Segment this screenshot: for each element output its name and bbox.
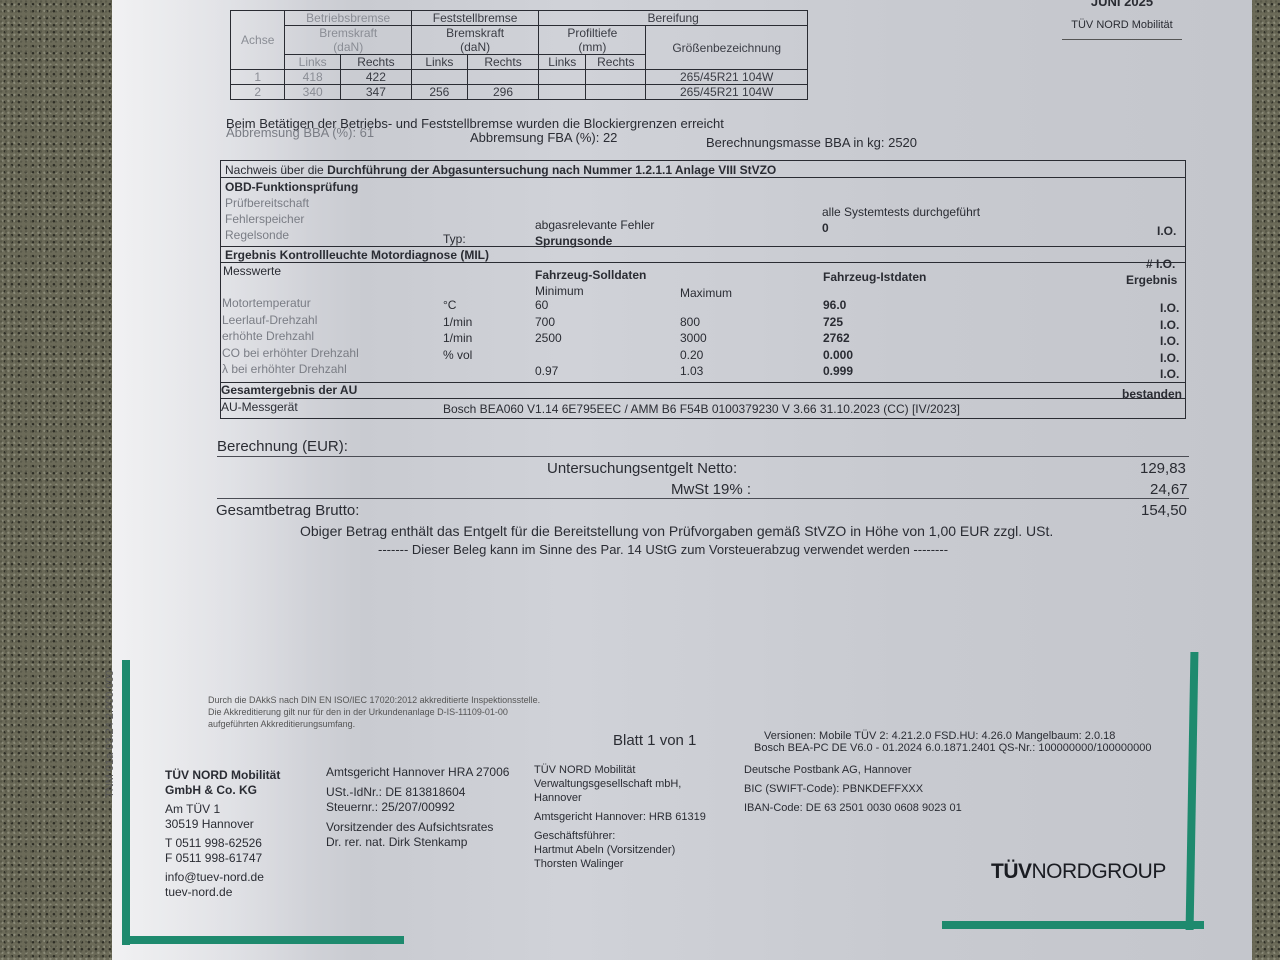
- au-cell-result: I.O.: [1160, 351, 1179, 365]
- au-cell-ist: 0.999: [823, 364, 853, 378]
- au-cell-name: λ bei erhöhter Drehzahl: [222, 362, 347, 376]
- tuev-nord-group-logo: TÜVNORDGROUP: [991, 860, 1166, 884]
- mil-label: Ergebnis Kontrollleuchte Motordiagnose (…: [225, 248, 489, 262]
- ist-header: Fahrzeug-Istdaten: [823, 270, 926, 284]
- au-cell-ist: 725: [823, 315, 843, 329]
- au-cell-ist: 0.000: [823, 348, 853, 362]
- pt-rechts: Rechts: [586, 55, 646, 70]
- versions-line-2: Bosch BEA-PC DE V6.0 - 01.2024 6.0.1871.…: [754, 742, 1152, 754]
- mil-result: # I.O.: [1146, 257, 1175, 271]
- au-cell-ist: 2762: [823, 331, 850, 345]
- fb-rechts: Rechts: [467, 55, 539, 70]
- au-cell-ist: 96.0: [823, 298, 846, 312]
- au-cell-result: I.O.: [1160, 334, 1179, 348]
- mwst-label: MwSt 19% :: [671, 481, 751, 498]
- fehler-label: abgasrelevante Fehler: [535, 218, 654, 232]
- au-cell-min: 60: [535, 298, 548, 312]
- bb-rechts: Rechts: [340, 55, 411, 70]
- obd-heading: OBD-Funktionsprüfung: [225, 180, 358, 194]
- sonde-value: Sprungsonde: [535, 234, 612, 248]
- page-indicator: Blatt 1 von 1: [613, 732, 696, 749]
- header-stamp: JUNI 2025 TÜV NORD Mobilität: [1062, 0, 1182, 40]
- au-cell-min: 0.97: [535, 364, 558, 378]
- pt-links: Links: [539, 55, 586, 70]
- footer-col-bank: Deutsche Postbank AG, Hannover BIC (SWIF…: [744, 761, 962, 818]
- versions-line-1: Versionen: Mobile TÜV 2: 4.21.2.0 FSD.HU…: [764, 730, 1115, 742]
- brutto-value: 154,50: [1141, 502, 1187, 519]
- mwst-value: 24,67: [1150, 481, 1188, 498]
- messwerte-label: Messwerte: [223, 264, 281, 278]
- billing-note-2: ------- Dieser Beleg kann im Sinne des P…: [378, 542, 948, 557]
- table-row: 2 340 347 256 296 265/45R21 104W: [231, 85, 808, 100]
- green-frame-bottom-right: [942, 921, 1204, 929]
- cell: 340: [285, 85, 340, 100]
- fb-links: Links: [411, 55, 467, 70]
- col-bereifung: Bereifung: [539, 11, 808, 26]
- berechnungsmasse: Berechnungsmasse BBA in kg: 2520: [706, 135, 917, 150]
- stamp-month: JUNI 2025: [1062, 0, 1182, 9]
- netto-label: Untersuchungsentgelt Netto:: [547, 460, 737, 477]
- col-betriebsbremse: Betriebsbremse: [285, 11, 411, 26]
- au-cell-result: I.O.: [1160, 301, 1179, 315]
- geraet-value: Bosch BEA060 V1.14 6E795EEC / AMM B6 F54…: [443, 402, 960, 416]
- gesamt-value: bestanden: [1122, 387, 1182, 401]
- pruefbereitschaft-value: alle Systemtests durchgeführt: [822, 205, 980, 219]
- stamp-org: TÜV NORD Mobilität: [1062, 19, 1182, 31]
- cell: 347: [340, 85, 411, 100]
- au-cell-min: 700: [535, 315, 555, 329]
- brutto-label: Gesamtbetrag Brutto:: [216, 502, 359, 519]
- cell: 2: [231, 85, 285, 100]
- au-cell-unit: % vol: [443, 348, 472, 362]
- fba-value: Abbremsung FBA (%): 22: [470, 130, 617, 145]
- form-id: TNM 01a 03.24 2.000.000: [104, 670, 116, 798]
- ergebnis-header: Ergebnis: [1126, 273, 1177, 287]
- cell: 422: [340, 70, 411, 85]
- au-cell-max: 1.03: [680, 364, 703, 378]
- fehler-value: 0: [822, 221, 829, 235]
- maximum-header: Maximum: [680, 286, 732, 300]
- bb-links: Links: [285, 55, 340, 70]
- green-frame-left: [122, 660, 130, 945]
- typ-label: Typ:: [443, 232, 466, 246]
- au-cell-name: erhöhte Drehzahl: [222, 329, 314, 343]
- footer-col-registry: Amtsgericht Hannover HRA 27006 USt.-IdNr…: [326, 765, 509, 850]
- cell: [539, 70, 586, 85]
- footer-col-admin: TÜV NORD Mobilität Verwaltungsgesellscha…: [534, 763, 706, 871]
- cell: 265/45R21 104W: [646, 85, 808, 100]
- fehlerspeicher-label: Fehlerspeicher: [225, 212, 304, 226]
- cell: [586, 85, 646, 100]
- cell: [539, 85, 586, 100]
- cell: [411, 70, 467, 85]
- au-cell-unit: °C: [443, 298, 456, 312]
- obd-result: I.O.: [1157, 224, 1176, 238]
- au-cell-name: CO bei erhöhter Drehzahl: [222, 346, 359, 360]
- geraet-label: AU-Messgerät: [221, 400, 298, 414]
- au-cell-unit: 1/min: [443, 315, 472, 329]
- green-frame-bottom-left: [122, 936, 404, 944]
- au-cell-max: 3000: [680, 331, 707, 345]
- profiltiefe: Profiltiefe(mm): [539, 26, 646, 55]
- brake-table: Achse Betriebsbremse Feststellbremse Ber…: [230, 10, 808, 100]
- cell: 256: [411, 85, 467, 100]
- accreditation-note: Durch die DAkkS nach DIN EN ISO/IEC 1702…: [208, 694, 540, 730]
- au-title: Nachweis über die Durchführung der Abgas…: [225, 163, 776, 177]
- cell: 1: [231, 70, 285, 85]
- cell: 296: [467, 85, 539, 100]
- gesamt-label: Gesamtergebnis der AU: [221, 383, 357, 397]
- col-feststellbremse: Feststellbremse: [411, 11, 538, 26]
- fb-bremskraft: Bremskraft(daN): [411, 26, 538, 55]
- au-cell-result: I.O.: [1160, 367, 1179, 381]
- cell: 265/45R21 104W: [646, 70, 808, 85]
- groessenbezeichnung: Größenbezeichnung: [646, 26, 808, 70]
- netto-value: 129,83: [1140, 460, 1186, 477]
- table-row: 1 418 422 265/45R21 104W: [231, 70, 808, 85]
- soll-header: Fahrzeug-Solldaten: [535, 268, 646, 282]
- bba-value: Abbremsung BBA (%): 61: [226, 125, 374, 140]
- cell: [586, 70, 646, 85]
- footer-col-company: TÜV NORD Mobilität GmbH & Co. KG Am TÜV …: [165, 768, 280, 900]
- au-cell-max: 0.20: [680, 348, 703, 362]
- billing-title: Berechnung (EUR):: [217, 438, 348, 455]
- minimum-header: Minimum: [535, 284, 584, 298]
- au-cell-unit: 1/min: [443, 331, 472, 345]
- au-cell-name: Motortemperatur: [222, 296, 311, 310]
- cell: 418: [285, 70, 340, 85]
- cell: [467, 70, 539, 85]
- col-achse: Achse: [231, 11, 285, 70]
- au-cell-name: Leerlauf-Drehzahl: [222, 313, 317, 327]
- au-cell-result: I.O.: [1160, 318, 1179, 332]
- bb-bremskraft: Bremskraft(daN): [285, 26, 411, 55]
- au-cell-max: 800: [680, 315, 700, 329]
- billing-note-1: Obiger Betrag enthält das Entgelt für di…: [300, 523, 1053, 539]
- pruefbereitschaft-label: Prüfbereitschaft: [225, 196, 309, 210]
- au-cell-min: 2500: [535, 331, 562, 345]
- regelsonde-label: Regelsonde: [225, 228, 289, 242]
